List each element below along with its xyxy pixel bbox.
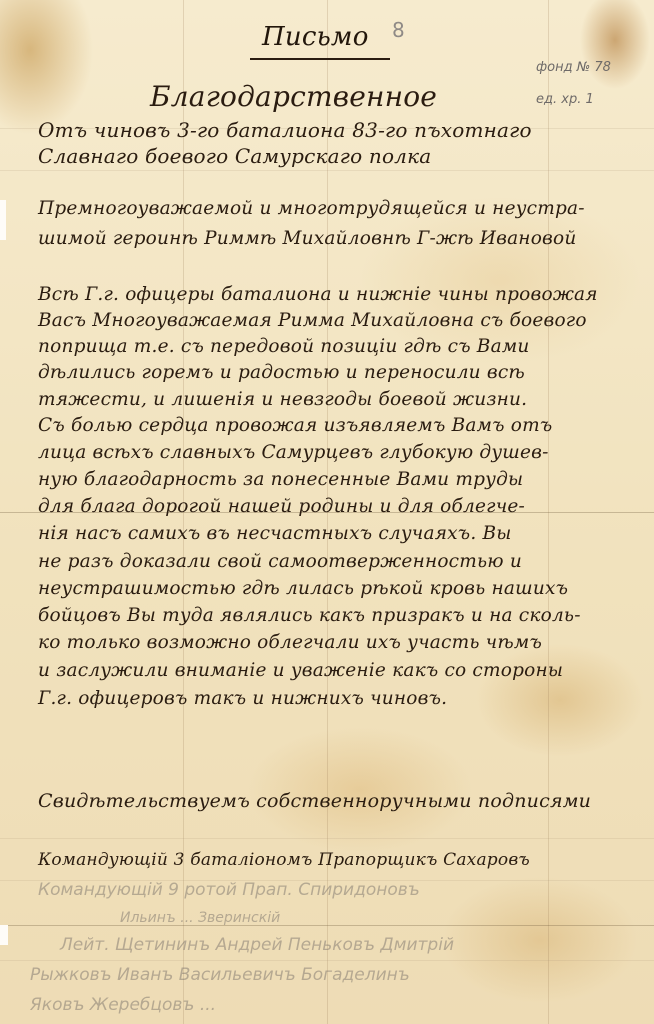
ruled-line [0,838,654,839]
commander-signature: Командующій 3 баталіономъ Прапорщикъ Сах… [38,850,530,870]
body-line: Г.г. офицеровъ такъ и нижнихъ чиновъ. [38,688,447,709]
address-line: Премногоуважаемой и многотрудящейся и не… [38,198,585,219]
document-title: Письмо [262,22,369,52]
header-line: Отъ чиновъ 3-го баталиона 83-го пъхотнаг… [38,118,532,142]
pencil-signature: Яковъ Жеребцовъ ... [30,995,216,1015]
ruled-line [0,170,654,171]
pencil-signature: Ильинъ ... Зверинскій [120,910,280,926]
torn-edge [0,200,6,240]
body-line: для блага дорогой нашей родины и для обл… [38,496,525,517]
body-line: ную благодарность за понесенные Вами тру… [38,469,523,490]
body-line: Съ болью сердца провожая изъявляемъ Вамъ… [38,415,552,436]
body-line: дѣлились горемъ и радостью и переносили … [38,362,525,383]
body-line: не разъ доказали свой самоотверженностью… [38,551,522,572]
body-line: ко только возможно облегчали ихъ участь … [38,632,542,653]
fold-line [0,925,654,926]
body-line: поприща т.е. съ передовой позиціи гдѣ съ… [38,336,529,357]
body-line: Всѣ Г.г. офицеры баталиона и нижніе чины… [38,284,598,305]
body-line: лица всѣхъ славныхъ Самурцевъ глубокую д… [38,442,549,463]
attestation-line: Свидѣтельствуемъ собственноручными подпи… [38,790,591,812]
body-line: бойцовъ Вы туда являлись какъ призракъ и… [38,605,581,626]
torn-edge [0,925,8,945]
pencil-signature: Лейт. Щетининъ Андрей Пеньковъ Дмитрій [60,935,454,955]
address-line: шимой героинѣ Риммѣ Михайловнѣ Г-жѣ Иван… [38,228,576,249]
body-line: неустрашимостью гдѣ лилась рѣкой кровь н… [38,578,568,599]
pencil-page-number: 8 [392,18,405,42]
document-subtitle: Благодарственное [150,80,437,113]
title-underline [250,58,390,60]
pencil-signature: Командующій 9 ротой Прап. Спиридоновъ [38,880,420,900]
archive-fond-mark: фонд № 78 [536,60,611,75]
pencil-signature: Рыжковъ Иванъ Васильевичъ Богаделинъ [30,965,410,985]
ruled-line [0,960,654,961]
body-line: и заслужили вниманіе и уваженіе какъ со … [38,660,563,681]
body-line: тяжести, и лишенія и невзгоды боевой жиз… [38,389,527,410]
header-line: Славнаго боевого Самурскаго полка [38,144,431,168]
letter-page: Письмо 8 фонд № 78 ед. хр. 1 Благодарств… [0,0,654,1024]
body-line: Васъ Многоуважаемая Римма Михайловна съ … [38,310,587,331]
archive-item-mark: ед. хр. 1 [536,92,594,107]
body-line: нія насъ самихъ въ несчастныхъ случаяхъ.… [38,523,512,544]
